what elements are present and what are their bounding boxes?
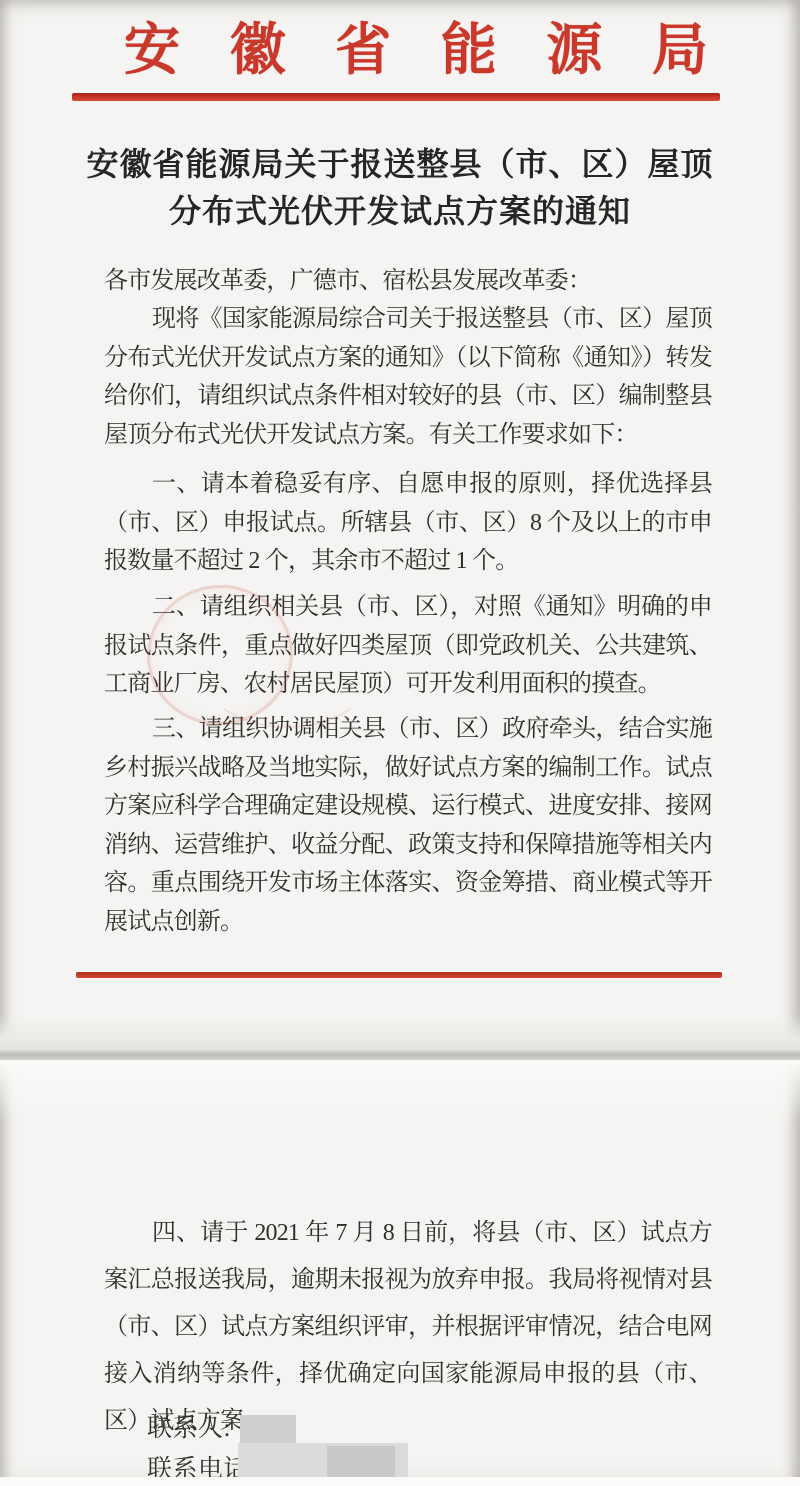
document-title-line2: 分布式光伏开发试点方案的通知 <box>60 188 740 235</box>
body-paragraph-item1: 一、请本着稳妥有序、自愿申报的原则，择优选择县（市、区）申报试点。所辖县（市、区… <box>104 465 712 581</box>
page-fold-highlight <box>0 1060 800 1124</box>
footer-rule <box>76 972 722 978</box>
letterhead-char: 徽 <box>230 22 286 80</box>
scanned-document-page: 安 徽 省 能 源 局 安徽省能源局关于报送整县（市、区）屋顶 分布式光伏开发试… <box>0 0 800 1486</box>
official-seal-arc <box>205 628 369 728</box>
document-title-line1: 安徽省能源局关于报送整县（市、区）屋顶 <box>60 141 740 188</box>
letterhead-char: 省 <box>335 22 391 80</box>
letterhead-agency-name: 安 徽 省 能 源 局 <box>124 22 708 80</box>
letterhead-char: 源 <box>546 22 602 80</box>
letterhead-rule <box>72 93 720 101</box>
body-paragraph-item4: 四、请于 2021 年 7 月 8 日前，将县（市、区）试点方案汇总报送我局，逾… <box>104 1210 712 1445</box>
letterhead-char: 能 <box>441 22 497 80</box>
contact-person-label: 联系人: <box>147 1412 231 1446</box>
body-paragraph-item3: 三、请组织协调相关县（市、区）政府牵头，结合实施乡村振兴战略及当地实际，做好试点… <box>104 710 712 941</box>
letterhead-char: 安 <box>124 22 180 80</box>
document-title: 安徽省能源局关于报送整县（市、区）屋顶 分布式光伏开发试点方案的通知 <box>60 141 740 235</box>
salutation: 各市发展改革委，广德市、宿松县发展改革委： <box>104 262 712 301</box>
redacted-contact-phone-2 <box>327 1446 395 1480</box>
page-fold-shadow <box>0 1014 800 1050</box>
letterhead-char: 局 <box>652 22 708 80</box>
scan-edge-left <box>0 0 12 1486</box>
body-paragraph-intro: 现将《国家能源局综合司关于报送整县（市、区）屋顶分布式光伏开发试点方案的通知》（… <box>104 300 712 454</box>
scan-edge-right <box>786 0 800 1486</box>
page-separation-line <box>0 1050 800 1060</box>
scan-bottom-strip <box>0 1477 800 1486</box>
